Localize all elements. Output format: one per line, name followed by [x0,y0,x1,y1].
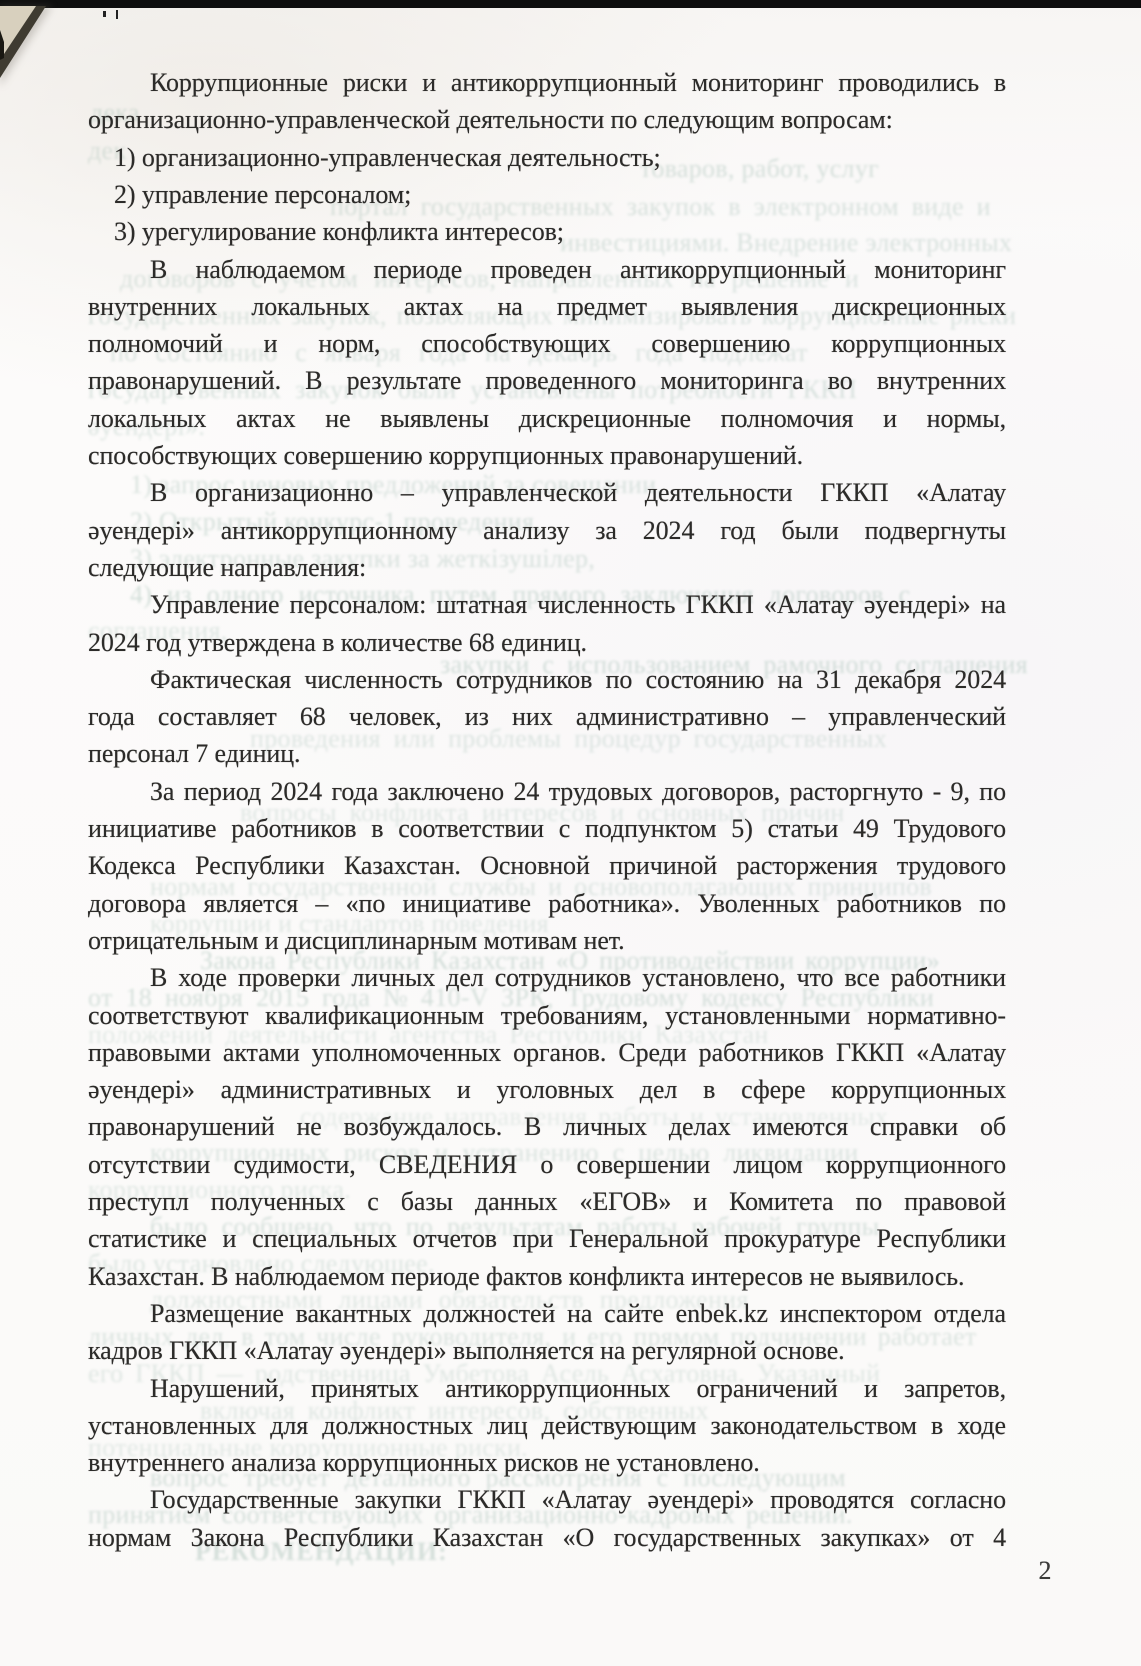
text-line: Государственные закупки ГККП «Алатау әуе… [88,1481,1006,1519]
text-line: Коррупционные риски и антикоррупционный … [88,64,1006,102]
text-line: способствующих совершению коррупционных … [88,437,1006,475]
text-line: 2024 год утверждена в количестве 68 един… [88,624,1006,662]
text-line: правонарушений не возбуждалось. В личных… [88,1108,1006,1146]
text-line: 2) управление персоналом; [88,176,1006,214]
text-line: 3) урегулирование конфликта интересов; [88,213,1006,251]
text-line: Кодекса Республики Казахстан. Основной п… [88,847,1006,885]
text-line: отрицательным и дисциплинарным мотивам н… [88,922,1006,960]
page-number: 2 [1030,1556,1060,1586]
text-line: нормам Закона Республики Казахстан «О го… [88,1519,1006,1557]
text-line: договора является – «по инициативе работ… [88,885,1006,923]
text-line: персонал 7 единиц. [88,735,1006,773]
text-line: әуендері» антикоррупционному анализу за … [88,512,1006,550]
scan-edge-strip [0,0,1141,8]
text-line: организационно-управленческой деятельнос… [88,101,1006,139]
text-line: За период 2024 года заключено 24 трудовы… [88,773,1006,811]
text-line: Казахстан. В наблюдаемом периоде фактов … [88,1258,1006,1296]
text-line: 1) организационно-управленческая деятель… [88,139,1006,177]
text-line: В ходе проверки личных дел сотрудников у… [88,959,1006,997]
text-line: правонарушений. В результате проведенног… [88,362,1006,400]
text-line: статистике и специальных отчетов при Ген… [88,1220,1006,1258]
text-line: Нарушений, принятых антикоррупционных ог… [88,1370,1006,1408]
text-line: әуендері» административных и уголовных д… [88,1071,1006,1109]
text-line: следующие направления: [88,549,1006,587]
text-line: локальных актах не выявлены дискреционны… [88,400,1006,438]
text-line: Управление персоналом: штатная численнос… [88,586,1006,624]
text-line: Размещение вакантных должностей на сайте… [88,1295,1006,1333]
text-line: В организационно – управленческой деятел… [88,474,1006,512]
text-line: года составляет 68 человек, из них админ… [88,698,1006,736]
text-line: В наблюдаемом периоде проведен антикорру… [88,251,1006,289]
text-line: внутреннего анализа коррупционных рисков… [88,1444,1006,1482]
text-line: правовыми актами уполномоченных органов.… [88,1034,1006,1072]
text-line: Фактическая численность сотрудников по с… [88,661,1006,699]
text-line: соответствуют квалификационным требовани… [88,997,1006,1035]
text-line: установленных для должностных лиц действ… [88,1407,1006,1445]
text-line: внутренних локальных актах на предмет вы… [88,288,1006,326]
text-line: отсутствии судимости, СВЕДЕНИЯ о соверше… [88,1146,1006,1184]
text-line: преступл полученных с базы данных «ЕГОВ»… [88,1183,1006,1221]
text-line: кадров ГККП «Алатау әуендері» выполняетс… [88,1332,1006,1370]
document-page: декадектоваров, работ, услугпортал госуд… [0,0,1141,1666]
text-line: инициативе работников в соответствии с п… [88,810,1006,848]
text-line: полномочий и норм, способствующих соверш… [88,325,1006,363]
